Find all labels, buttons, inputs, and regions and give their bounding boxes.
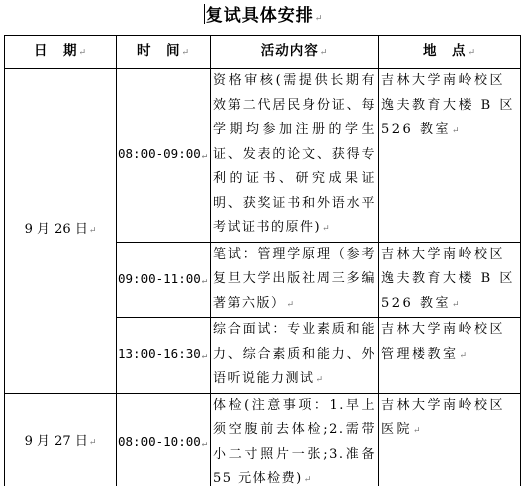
paragraph-mark-icon: ↵ [78, 48, 87, 58]
header-date: 日 期↵ [5, 36, 117, 69]
time-cell: 08:00-10:00↵ [117, 393, 211, 486]
paragraph-mark-icon: ↵ [452, 126, 462, 136]
activity-cell: 综合面试：专业素质和能力、综合素质和能力、外语听说能力测试↵ [211, 318, 379, 394]
paragraph-mark-icon: ↵ [467, 48, 476, 58]
paragraph-mark-icon: ↵ [202, 351, 207, 361]
location-cell: 吉林大学南岭校区逸夫教育大楼 B 区 526 教室↵ [379, 69, 521, 243]
paragraph-mark-icon: ↵ [89, 438, 97, 448]
paragraph-mark-icon: ↵ [89, 226, 97, 236]
activity-cell: 体检(注意事项：1.早上须空腹前去体检;2.需带小二寸照片一张;3.准备 55 … [211, 393, 379, 486]
paragraph-mark-icon: ↵ [460, 351, 470, 361]
paragraph-mark-icon: ↵ [320, 48, 329, 58]
document-title: 复试具体安排↵ [0, 4, 527, 31]
paragraph-mark-icon: ↵ [413, 426, 423, 436]
paragraph-mark-icon: ↵ [287, 300, 296, 310]
paragraph-mark-icon: ↵ [202, 439, 207, 449]
table-header-row: 日 期↵ 时 间↵ 活动内容↵ 地 点↵ [5, 36, 521, 69]
location-cell: 吉林大学南岭校区逸夫教育大楼 B 区 526 教室↵ [379, 242, 521, 318]
paragraph-mark-icon: ↵ [452, 300, 462, 310]
paragraph-mark-icon: ↵ [315, 14, 324, 24]
location-cell: 吉林大学南岭校区管理楼教室↵ [379, 318, 521, 394]
location-cell: 吉林大学南岭校区医院↵ [379, 393, 521, 486]
text-cursor [204, 4, 205, 24]
time-cell: 09:00-11:00↵ [117, 242, 211, 318]
time-cell: 13:00-16:30↵ [117, 318, 211, 394]
date-cell: 9 月 27 日↵ [5, 393, 117, 486]
header-activity: 活动内容↵ [211, 36, 379, 69]
header-time: 时 间↵ [117, 36, 211, 69]
paragraph-mark-icon: ↵ [322, 224, 331, 234]
table-row: 9 月 26 日↵ 08:00-09:00↵ 资格审核(需提供长期有效第二代居民… [5, 69, 521, 243]
title-text: 复试具体安排 [206, 6, 314, 26]
paragraph-mark-icon: ↵ [202, 276, 207, 286]
time-cell: 08:00-09:00↵ [117, 69, 211, 243]
paragraph-mark-icon: ↵ [202, 151, 207, 161]
schedule-table: 日 期↵ 时 间↵ 活动内容↵ 地 点↵ 9 月 26 日↵ 08:00-09:… [4, 35, 521, 486]
activity-cell: 资格审核(需提供长期有效第二代居民身份证、每学期均参加注册的学生证、发表的论文、… [211, 69, 379, 243]
paragraph-mark-icon: ↵ [316, 375, 325, 385]
paragraph-mark-icon: ↵ [304, 475, 313, 485]
table-row: 9 月 27 日↵ 08:00-10:00↵ 体检(注意事项：1.早上须空腹前去… [5, 393, 521, 486]
header-location: 地 点↵ [379, 36, 521, 69]
activity-cell: 笔试：管理学原理（参考复旦大学出版社周三多编著第六版）↵ [211, 242, 379, 318]
paragraph-mark-icon: ↵ [181, 48, 190, 58]
date-cell: 9 月 26 日↵ [5, 69, 117, 394]
